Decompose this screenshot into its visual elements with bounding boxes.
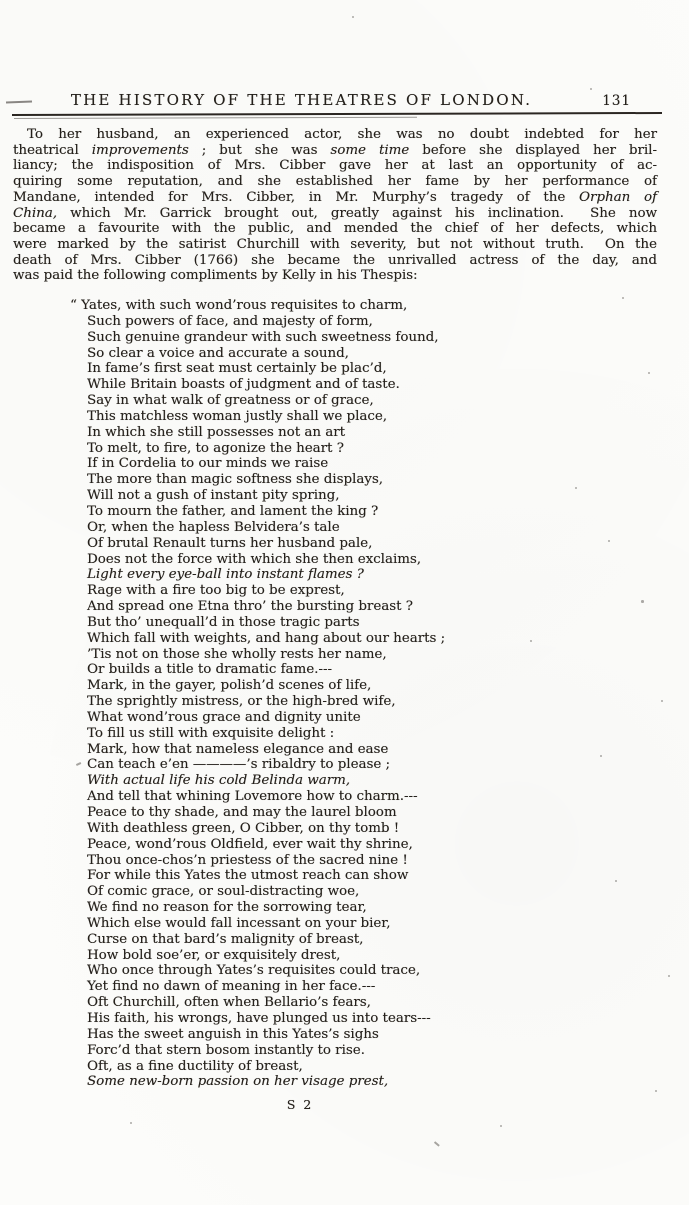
- poem-line: How bold soe’er, or exquisitely drest,: [87, 948, 557, 964]
- poem-line: We find no reason for the sorrowing tear…: [87, 900, 557, 916]
- poem-line: “ Yates, with such wond’rous requisites …: [70, 298, 557, 314]
- poem-line: Rage with a fire too big to be exprest,: [87, 583, 557, 599]
- poem-line: So clear a voice and accurate a sound,: [87, 346, 557, 362]
- poem-line: To melt, to fire, to agonize the heart ?: [87, 441, 557, 457]
- poem-line: If in Cordelia to our minds we raise: [87, 456, 557, 472]
- poem-line: Or, when the hapless Belvidera’s tale: [87, 520, 557, 536]
- scan-speck: [622, 297, 624, 299]
- poem-line: But tho’ unequall’d in those tragic part…: [87, 615, 557, 631]
- paragraph-line: Mandane, intended for Mrs. Cibber, in Mr…: [13, 190, 657, 206]
- poem-line: Some new-born passion on her visage pres…: [87, 1074, 557, 1090]
- poem-block: “ Yates, with such wond’rous requisites …: [87, 298, 557, 1090]
- poem-line: To fill us still with exquisite delight …: [87, 726, 557, 742]
- poem-line: Oft Churchill, often when Bellario’s fea…: [87, 995, 557, 1011]
- poem-line: Light every eye-ball into instant flames…: [87, 567, 557, 583]
- book-page: THE HISTORY OF THE THEATRES OF LONDON. 1…: [0, 0, 689, 1205]
- scan-speck: [130, 1122, 132, 1124]
- poem-line: And tell that whining Lovemore how to ch…: [87, 789, 557, 805]
- poem-line: His faith, his wrongs, have plunged us i…: [87, 1011, 557, 1027]
- printer-signature: S 2: [0, 1097, 600, 1112]
- scan-tick: [434, 1141, 440, 1146]
- paragraph-line: became a favourite with the public, and …: [13, 221, 657, 237]
- poem-line: Of comic grace, or soul-distracting woe,: [87, 884, 557, 900]
- poem-line: Thou once-chos’n priestess of the sacred…: [87, 853, 557, 869]
- running-header: THE HISTORY OF THE THEATRES OF LONDON. 1…: [14, 91, 659, 111]
- scan-speck: [655, 1090, 657, 1092]
- poem-line: Oft, as a fine ductility of breast,: [87, 1059, 557, 1075]
- paragraph-line: theatrical improvements ; but she was so…: [13, 143, 657, 159]
- poem-line: While Britain boasts of judgment and of …: [87, 377, 557, 393]
- poem-line: And spread one Etna thro’ the bursting b…: [87, 599, 557, 615]
- poem-line: Such genuine grandeur with such sweetnes…: [87, 330, 557, 346]
- poem-line: Which else would fall incessant on your …: [87, 916, 557, 932]
- scan-speck: [590, 88, 592, 90]
- scan-speck: [575, 487, 577, 489]
- paragraph-line: China, which Mr. Garrick brought out, gr…: [13, 206, 657, 222]
- poem-line: Peace to thy shade, and may the laurel b…: [87, 805, 557, 821]
- poem-line: Has the sweet anguish in this Yates’s si…: [87, 1027, 557, 1043]
- poem-line: Does not the force with which she then e…: [87, 552, 557, 568]
- paragraph-line: death of Mrs. Cibber (1766) she became t…: [13, 253, 657, 269]
- scan-speck: [648, 372, 650, 374]
- poem-line: Forc’d that stern bosom instantly to ris…: [87, 1043, 557, 1059]
- poem-line: For while this Yates the utmost reach ca…: [87, 868, 557, 884]
- intro-paragraph: To her husband, an experienced actor, sh…: [13, 127, 657, 284]
- poem-line: Yet find no dawn of meaning in her face.…: [87, 979, 557, 995]
- poem-line: Can teach e’en ————’s ribaldry to please…: [87, 757, 557, 773]
- paragraph-line: liancy; the indisposition of Mrs. Cibber…: [13, 158, 657, 174]
- poem-line: Of brutal Renault turns her husband pale…: [87, 536, 557, 552]
- paragraph-line: were marked by the satirist Churchill wi…: [13, 237, 657, 253]
- poem-line: ’Tis not on those she wholly rests her n…: [87, 647, 557, 663]
- page-number: 131: [602, 93, 631, 109]
- scan-speck: [615, 880, 617, 882]
- poem-line: Who once through Yates’s requisites coul…: [87, 963, 557, 979]
- paragraph-line: was paid the following compliments by Ke…: [13, 268, 657, 284]
- poem-line: With actual life his cold Belinda warm,: [87, 773, 557, 789]
- poem-line: Mark, in the gayer, polish’d scenes of l…: [87, 678, 557, 694]
- poem-line: In which she still possesses not an art: [87, 425, 557, 441]
- poem-line: Peace, wond’rous Oldfield, ever wait thy…: [87, 837, 557, 853]
- scan-speck: [500, 1125, 502, 1127]
- poem-line: This matchless woman justly shall we pla…: [87, 409, 557, 425]
- running-header-title: THE HISTORY OF THE THEATRES OF LONDON.: [14, 91, 589, 109]
- poem-line: What wond’rous grace and dignity unite: [87, 710, 557, 726]
- scan-speck: [641, 600, 644, 603]
- poem-line: The more than magic softness she display…: [87, 472, 557, 488]
- scan-speck: [530, 640, 532, 642]
- poem-line: To mourn the father, and lament the king…: [87, 504, 557, 520]
- poem-line: Mark, how that nameless elegance and eas…: [87, 742, 557, 758]
- paragraph-line: To her husband, an experienced actor, sh…: [13, 127, 657, 143]
- poem-line: With deathless green, O Cibber, on thy t…: [87, 821, 557, 837]
- poem-line: Will not a gush of instant pity spring,: [87, 488, 557, 504]
- scan-speck: [608, 540, 610, 542]
- header-rule: [12, 112, 662, 116]
- scan-tick: [76, 762, 81, 765]
- scan-speck: [352, 16, 354, 18]
- poem-line: Or builds a title to dramatic fame.---: [87, 662, 557, 678]
- poem-line: The sprightly mistress, or the high-bred…: [87, 694, 557, 710]
- poem-line: Which fall with weights, and hang about …: [87, 631, 557, 647]
- poem-line: In fame’s first seat must certainly be p…: [87, 361, 557, 377]
- scan-speck: [661, 700, 663, 702]
- poem-line: Say in what walk of greatness or of grac…: [87, 393, 557, 409]
- poem-line: Curse on that bard’s malignity of breast…: [87, 932, 557, 948]
- scan-speck: [668, 975, 670, 977]
- scan-speck: [600, 755, 602, 757]
- poem-line: Such powers of face, and majesty of form…: [87, 314, 557, 330]
- paragraph-line: quiring some reputation, and she establi…: [13, 174, 657, 190]
